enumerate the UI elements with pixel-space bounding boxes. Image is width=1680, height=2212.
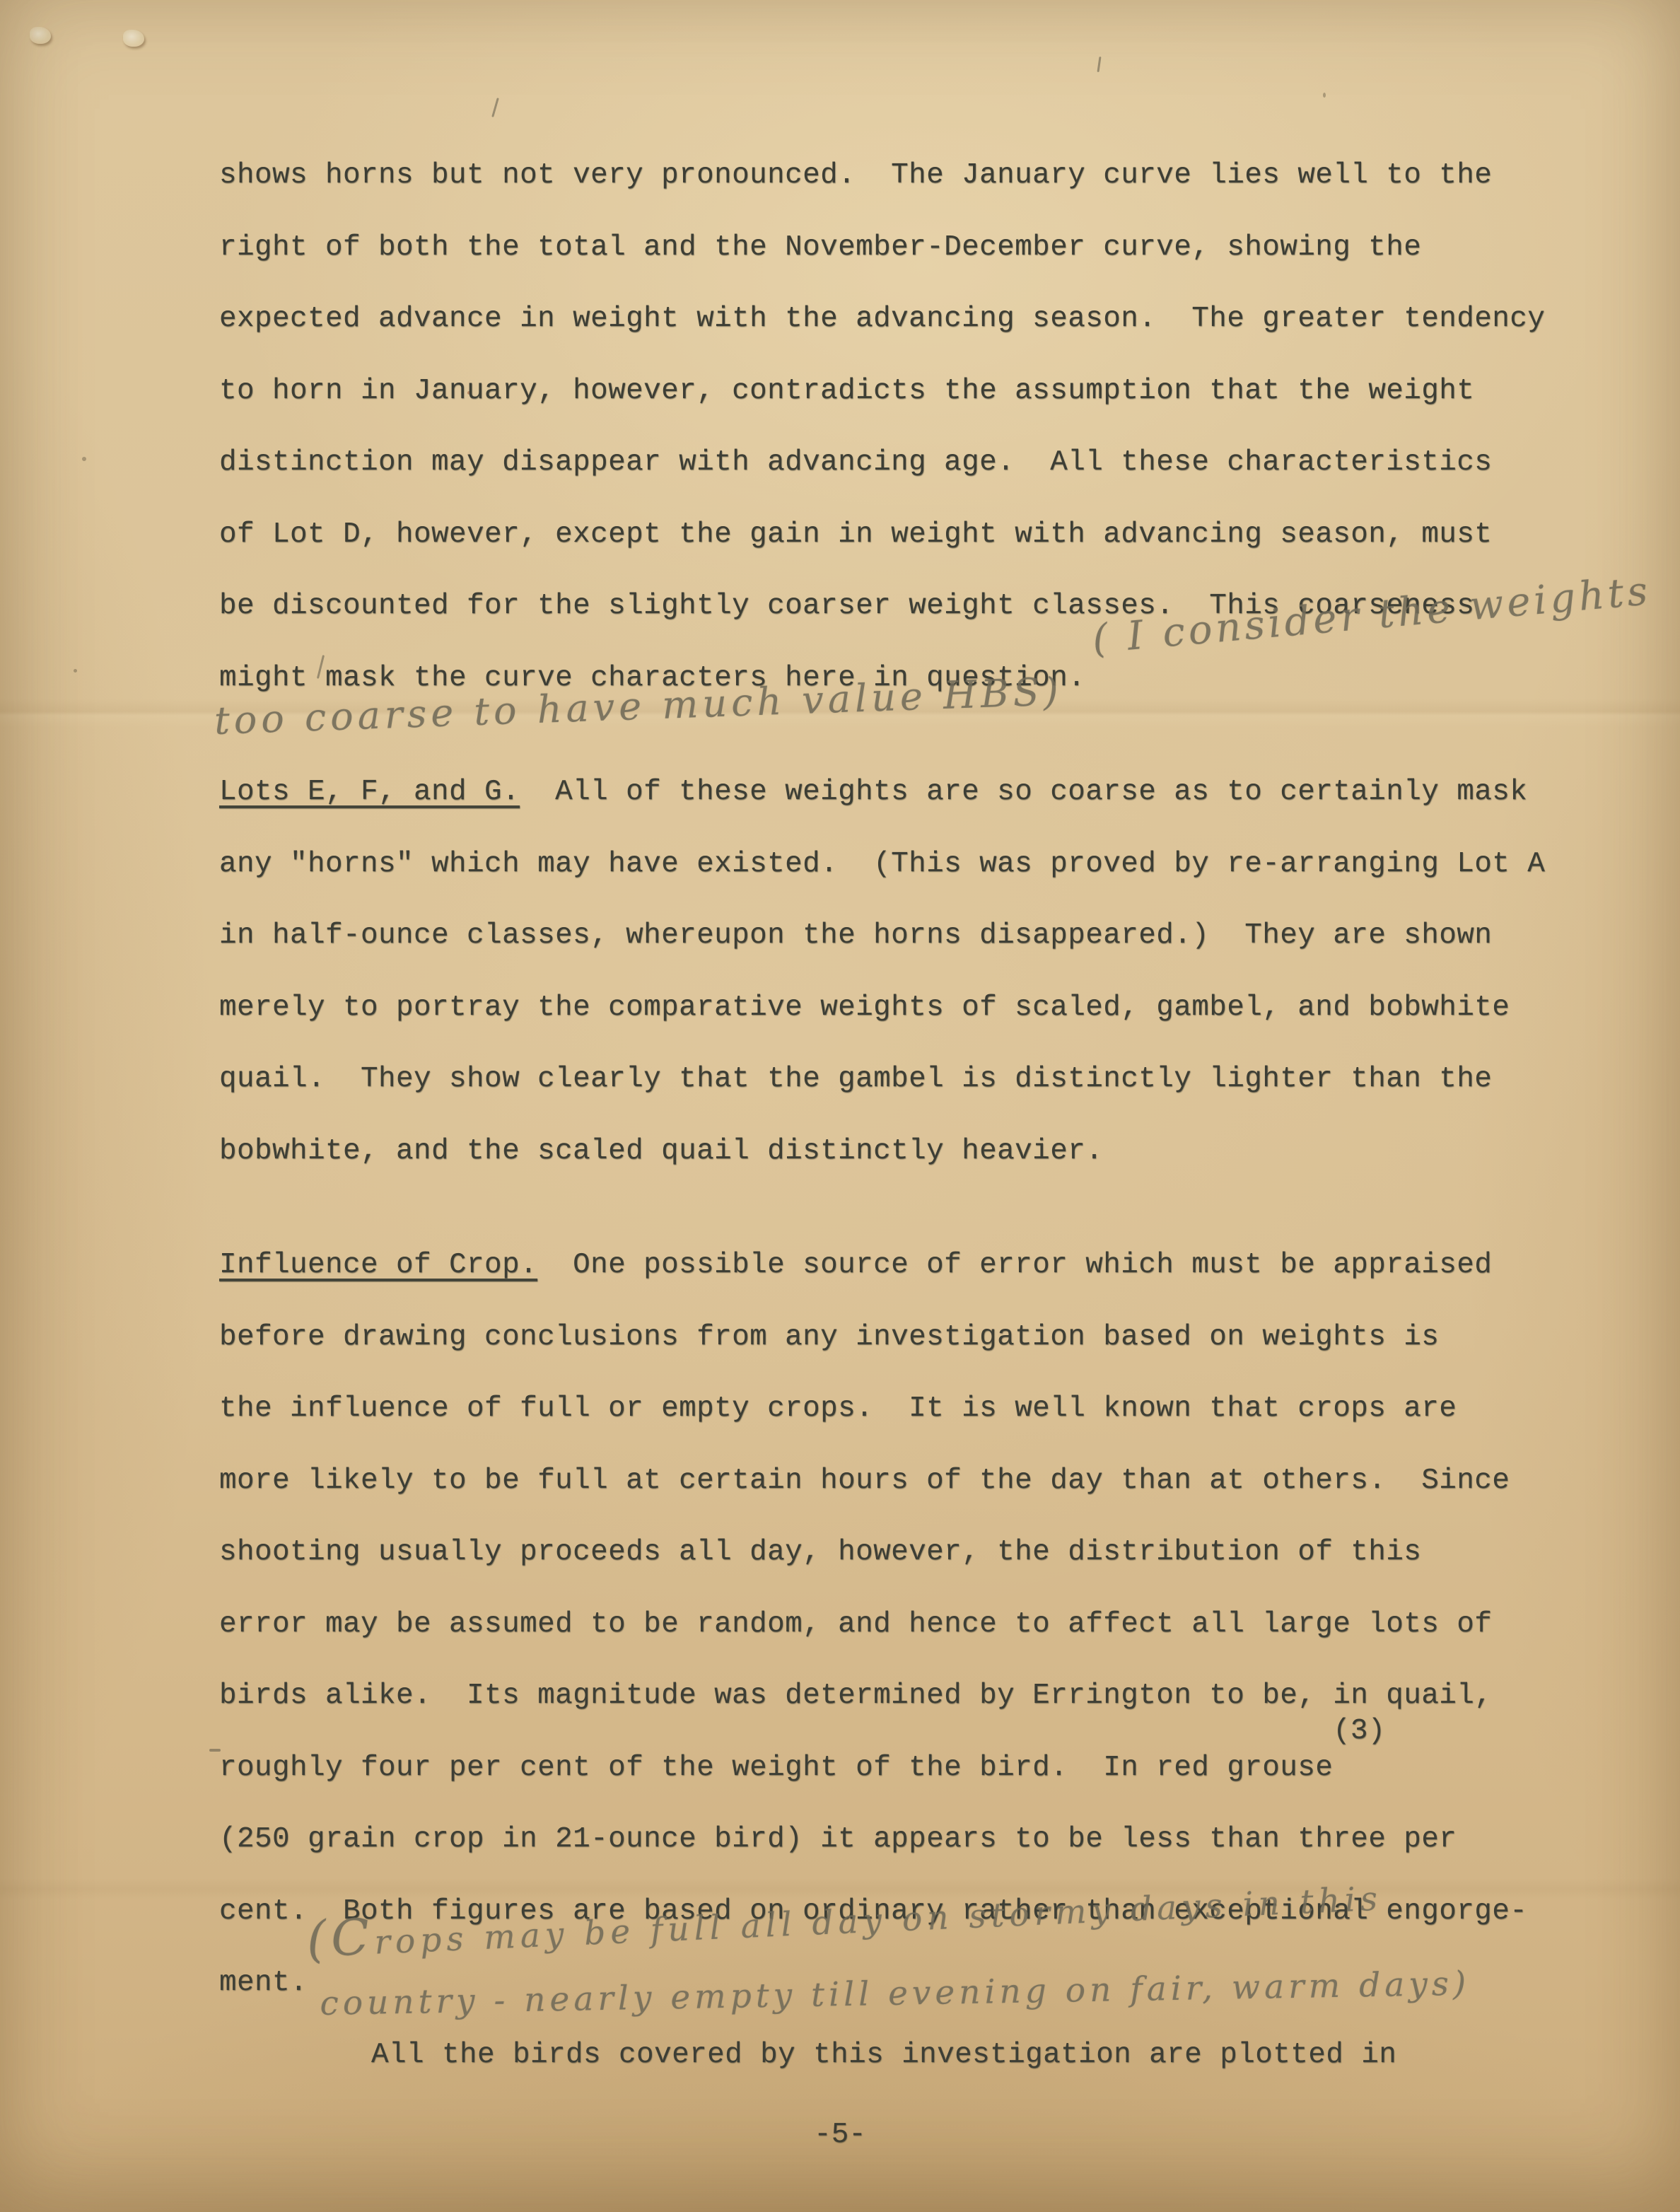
typed-text: (250 grain crop in 21-ounce bird) it app… [219, 1823, 1457, 1856]
typed-text: birds alike. Its magnitude was determine… [219, 1680, 1492, 1712]
typed-line: the influence of full or empty crops. It… [219, 1373, 1605, 1445]
typed-line: any "horns" which may have existed. (Thi… [219, 829, 1605, 901]
typed-line: in half-ounce classes, whereupon the hor… [219, 900, 1605, 972]
typed-line: to horn in January, however, contradicts… [219, 356, 1605, 428]
paper-speck [82, 457, 86, 461]
typed-text: All of these weights are so coarse as to… [520, 776, 1527, 808]
typed-text: distinction may disappear with advancing… [219, 446, 1492, 479]
typed-line: Lots E, F, and G. All of these weights a… [219, 757, 1605, 829]
typed-line: (250 grain crop in 21-ounce bird) it app… [219, 1804, 1605, 1876]
typed-line: roughly four per cent of the weight of t… [219, 1733, 1605, 1805]
typed-text: shows horns but not very pronounced. The… [219, 159, 1492, 192]
typed-text: in half-ounce classes, whereupon the hor… [219, 919, 1492, 952]
typed-text: the influence of full or empty crops. It… [219, 1392, 1457, 1425]
typed-text: merely to portray the comparative weight… [219, 991, 1510, 1024]
typed-text: shooting usually proceeds all day, howev… [219, 1536, 1421, 1568]
pencil-mark [1097, 57, 1101, 72]
page-number: -5- [0, 2119, 1680, 2151]
typed-line: quail. They show clearly that the gambel… [219, 1044, 1605, 1116]
typed-line: of Lot D, however, except the gain in we… [219, 499, 1605, 571]
underlined-heading: Influence of Crop. [219, 1249, 537, 1281]
typed-line: right of both the total and the November… [219, 212, 1605, 284]
typed-line: birds alike. Its magnitude was determine… [219, 1660, 1605, 1733]
typed-text: bobwhite, and the scaled quail distinctl… [219, 1135, 1103, 1168]
typed-text: error may be assumed to be random, and h… [219, 1608, 1492, 1641]
typed-line: shows horns but not very pronounced. The… [219, 140, 1605, 212]
typed-line: shooting usually proceeds all day, howev… [219, 1517, 1605, 1589]
typed-line: error may be assumed to be random, and h… [219, 1589, 1605, 1661]
typed-text: expected advance in weight with the adva… [219, 303, 1545, 335]
typed-text: quail. They show clearly that the gambel… [219, 1063, 1492, 1095]
typed-text: roughly four per cent of the weight of t… [219, 1752, 1333, 1784]
underlined-heading: Lots E, F, and G. [219, 776, 520, 808]
staple-hole [30, 27, 51, 44]
typed-text: All the birds covered by this investigat… [371, 2039, 1396, 2071]
typed-text: ment. [219, 1967, 308, 1999]
document-page: shows horns but not very pronounced. The… [0, 0, 1680, 2212]
typed-line: more likely to be full at certain hours … [219, 1445, 1605, 1518]
typed-text: of Lot D, however, except the gain in we… [219, 518, 1492, 551]
typed-line: before drawing conclusions from any inve… [219, 1302, 1605, 1374]
typed-text: One possible source of error which must … [537, 1249, 1492, 1281]
typed-text: more likely to be full at certain hours … [219, 1465, 1510, 1497]
typed-text-block: shows horns but not very pronounced. The… [219, 140, 1605, 2091]
typed-line: Influence of Crop. One possible source o… [219, 1230, 1605, 1302]
typed-line: distinction may disappear with advancing… [219, 427, 1605, 499]
typed-text: any "horns" which may have existed. (Thi… [219, 848, 1545, 880]
typed-line: All the birds covered by this investigat… [219, 2020, 1605, 2092]
paper-speck [1323, 93, 1326, 98]
pencil-mark [491, 98, 499, 117]
staple-hole [123, 30, 144, 47]
footnote-superscript: (3) [1333, 1715, 1385, 1747]
typed-text: before drawing conclusions from any inve… [219, 1321, 1439, 1354]
typed-line: merely to portray the comparative weight… [219, 972, 1605, 1044]
typed-line: bobwhite, and the scaled quail distinctl… [219, 1116, 1605, 1188]
typed-text: right of both the total and the November… [219, 231, 1421, 264]
typed-line: expected advance in weight with the adva… [219, 284, 1605, 356]
typed-text: to horn in January, however, contradicts… [219, 375, 1474, 407]
paper-speck [74, 669, 77, 673]
